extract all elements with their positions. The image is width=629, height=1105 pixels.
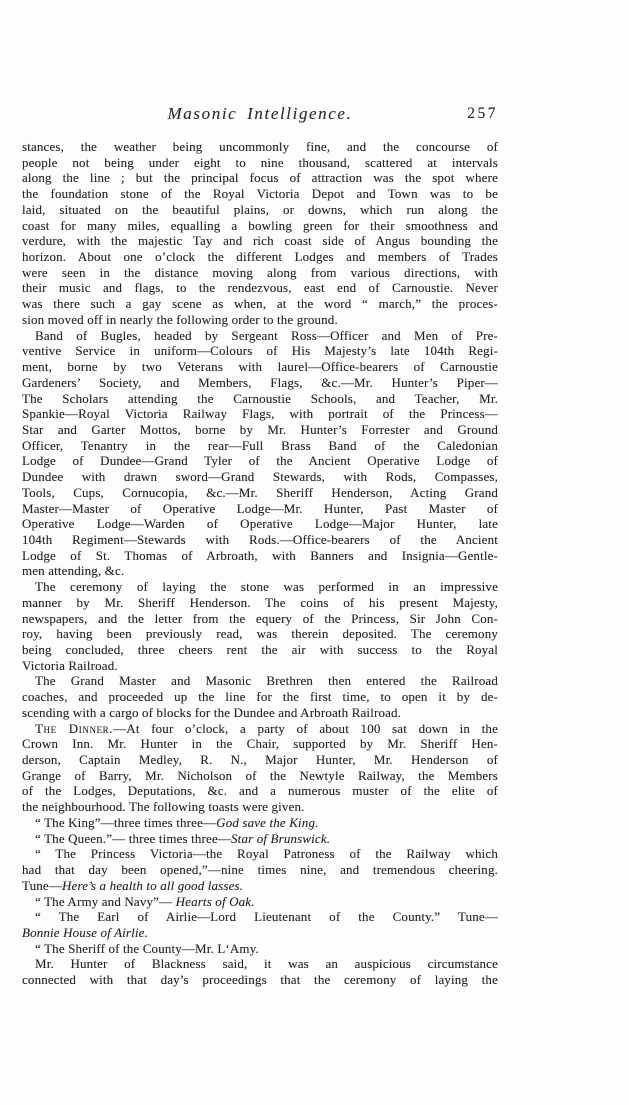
- text-segment: roy, having been previously read, was th…: [22, 626, 498, 641]
- text-segment: Tune—: [22, 878, 62, 893]
- text-line: Operative Lodge—Warden of Operative Lodg…: [22, 516, 498, 532]
- text-segment: The ceremony of laying the stone was per…: [35, 579, 498, 594]
- text-segment: of the Lodges, Deputations, &c. and a nu…: [22, 783, 498, 798]
- text-line: Lodge of Dundee—Grand Tyler of the Ancie…: [22, 453, 498, 469]
- text-line: ment, borne by two Veterans with laurel—…: [22, 359, 498, 375]
- text-line: “ The Earl of Airlie—Lord Lieutenant of …: [22, 909, 498, 925]
- text-segment: “ The Queen.”— three times three—: [35, 831, 231, 846]
- text-segment: the neighbourhood. The following toasts …: [22, 799, 305, 814]
- text-line: along the line ; but the principal focus…: [22, 170, 498, 186]
- text-line: horizon. About one o’clock the different…: [22, 249, 498, 265]
- text-line: “ The King”—three times three—God save t…: [22, 815, 498, 831]
- text-segment: were seen in the distance moving along f…: [22, 265, 498, 280]
- text-segment: coast for many miles, equalling a bowlin…: [22, 218, 498, 233]
- text-line: coast for many miles, equalling a bowlin…: [22, 218, 498, 234]
- text-line: Mr. Hunter of Blackness said, it was an …: [22, 956, 498, 972]
- text-line: verdure, with the majestic Tay and rich …: [22, 233, 498, 249]
- page-number: 257: [467, 105, 498, 123]
- text-segment: Lodge of St. Thomas of Arbroath, with Ba…: [22, 548, 498, 563]
- text-line: sion moved off in nearly the following o…: [22, 312, 498, 328]
- text-line: derson, Captain Medley, R. N., Major Hun…: [22, 752, 498, 768]
- text-line: Tune—Here’s a health to all good lasses.: [22, 878, 498, 894]
- text-segment: The Grand Master and Masonic Brethren th…: [35, 673, 498, 688]
- text-line: had that day been opened,”—nine times ni…: [22, 862, 498, 878]
- text-line: Master—Master of Operative Lodge—Mr. Hun…: [22, 501, 498, 517]
- text-segment: Band of Bugles, headed by Sergeant Ross—…: [35, 328, 498, 343]
- text-segment: manner by Mr. Sheriff Henderson. The coi…: [22, 595, 498, 610]
- text-segment: Grange of Barry, Mr. Nicholson of the Ne…: [22, 768, 498, 783]
- page-content: Masonic Intelligence. 257 stances, the w…: [22, 104, 498, 988]
- text-line: Crown Inn. Mr. Hunter in the Chair, supp…: [22, 736, 498, 752]
- text-line: laid, situated on the beautiful plains, …: [22, 202, 498, 218]
- text-segment: connected with that day’s proceedings th…: [22, 972, 498, 987]
- text-line: “ The Queen.”— three times three—Star of…: [22, 831, 498, 847]
- text-line: Tools, Cups, Cornucopia, &c.—Mr. Sheriff…: [22, 485, 498, 501]
- text-segment: Crown Inn. Mr. Hunter in the Chair, supp…: [22, 736, 498, 751]
- text-segment: Operative Lodge—Warden of Operative Lodg…: [22, 516, 498, 531]
- text-line: people not being under eight to nine tho…: [22, 155, 498, 171]
- text-segment: Here’s a health to all good lasses.: [62, 878, 243, 893]
- text-segment: horizon. About one o’clock the different…: [22, 249, 498, 264]
- text-segment: Officer, Tenantry in the rear—Full Brass…: [22, 438, 498, 453]
- text-segment: Hearts of Oak.: [176, 894, 255, 909]
- text-line: Bonnie House of Airlie.: [22, 925, 498, 941]
- text-line: roy, having been previously read, was th…: [22, 626, 498, 642]
- text-line: manner by Mr. Sheriff Henderson. The coi…: [22, 595, 498, 611]
- text-line: “ The Sheriff of the County—Mr. L‘Amy.: [22, 941, 498, 957]
- text-line: Grange of Barry, Mr. Nicholson of the Ne…: [22, 768, 498, 784]
- text-segment: Lodge of Dundee—Grand Tyler of the Ancie…: [22, 453, 498, 468]
- text-segment: was there such a gay scene as when, at t…: [22, 296, 498, 311]
- text-line: Band of Bugles, headed by Sergeant Ross—…: [22, 328, 498, 344]
- text-line: ventive Service in uniform—Colours of Hi…: [22, 343, 498, 359]
- text-line: scending with a cargo of blocks for the …: [22, 705, 498, 721]
- text-line: were seen in the distance moving along f…: [22, 265, 498, 281]
- text-segment: derson, Captain Medley, R. N., Major Hun…: [22, 752, 498, 767]
- text-line: connected with that day’s proceedings th…: [22, 972, 498, 988]
- text-segment: Star and Garter Mottos, borne by Mr. Hun…: [22, 422, 498, 437]
- text-segment: Bonnie House of Airlie.: [22, 925, 148, 940]
- text-segment: Spankie—Royal Victoria Railway Flags, wi…: [22, 406, 498, 421]
- text-line: Lodge of St. Thomas of Arbroath, with Ba…: [22, 548, 498, 564]
- text-segment: The Scholars attending the Carnoustie Sc…: [22, 391, 498, 406]
- text-segment: 104th Regiment—Stewards with Rods.—Offic…: [22, 532, 498, 547]
- text-line: newspapers, and the letter from the eque…: [22, 611, 498, 627]
- text-segment: along the line ; but the principal focus…: [22, 170, 498, 185]
- text-line: men attending, &c.: [22, 563, 498, 579]
- text-segment: Gardeners’ Society, and Members, Flags, …: [22, 375, 498, 390]
- text-line: Victoria Railroad.: [22, 658, 498, 674]
- text-segment: the foundation stone of the Royal Victor…: [22, 186, 498, 201]
- text-line: stances, the weather being uncommonly fi…: [22, 139, 498, 155]
- text-segment: Master—Master of Operative Lodge—Mr. Hun…: [22, 501, 498, 516]
- text-segment: “ The Earl of Airlie—Lord Lieutenant of …: [35, 909, 498, 924]
- text-segment: laid, situated on the beautiful plains, …: [22, 202, 498, 217]
- text-line: Gardeners’ Society, and Members, Flags, …: [22, 375, 498, 391]
- text-segment: men attending, &c.: [22, 563, 124, 578]
- text-segment: “ The Princess Victoria—the Royal Patron…: [35, 846, 498, 861]
- text-segment: ment, borne by two Veterans with laurel—…: [22, 359, 498, 374]
- text-segment: scending with a cargo of blocks for the …: [22, 705, 401, 720]
- scanned-page: { "page": { "header": { "title": "Masoni…: [0, 0, 629, 1105]
- text-segment: —At four o’clock, a party of about 100 s…: [113, 721, 498, 736]
- text-segment: ventive Service in uniform—Colours of Hi…: [22, 343, 498, 358]
- page-header: Masonic Intelligence. 257: [22, 104, 498, 128]
- text-segment: “ The Sheriff of the County—Mr. L‘Amy.: [35, 941, 259, 956]
- text-segment: verdure, with the majestic Tay and rich …: [22, 233, 498, 248]
- text-line: was there such a gay scene as when, at t…: [22, 296, 498, 312]
- text-segment: newspapers, and the letter from the eque…: [22, 611, 498, 626]
- text-segment: “ The Army and Navy”—: [35, 894, 176, 909]
- text-line: The Grand Master and Masonic Brethren th…: [22, 673, 498, 689]
- text-line: of the Lodges, Deputations, &c. and a nu…: [22, 783, 498, 799]
- text-line: coaches, and proceeded up the line for t…: [22, 689, 498, 705]
- text-line: being concluded, three cheers rent the a…: [22, 642, 498, 658]
- text-segment: The Dinner.: [35, 721, 113, 736]
- text-segment: “ The King”—three times three—: [35, 815, 216, 830]
- text-segment: being concluded, three cheers rent the a…: [22, 642, 498, 657]
- text-segment: Star of Brunswick.: [231, 831, 330, 846]
- text-line: The ceremony of laying the stone was per…: [22, 579, 498, 595]
- text-line: Dundee with drawn sword—Grand Stewards, …: [22, 469, 498, 485]
- text-segment: Dundee with drawn sword—Grand Stewards, …: [22, 469, 498, 484]
- text-line: the foundation stone of the Royal Victor…: [22, 186, 498, 202]
- text-segment: Tools, Cups, Cornucopia, &c.—Mr. Sheriff…: [22, 485, 498, 500]
- text-segment: stances, the weather being uncommonly fi…: [22, 139, 498, 154]
- text-line: 104th Regiment—Stewards with Rods.—Offic…: [22, 532, 498, 548]
- text-segment: God save the King.: [216, 815, 318, 830]
- text-segment: people not being under eight to nine tho…: [22, 155, 498, 170]
- text-segment: had that day been opened,”—nine times ni…: [22, 862, 498, 877]
- running-title: Masonic Intelligence.: [22, 104, 498, 124]
- text-line: Officer, Tenantry in the rear—Full Brass…: [22, 438, 498, 454]
- text-line: The Scholars attending the Carnoustie Sc…: [22, 391, 498, 407]
- text-line: “ The Princess Victoria—the Royal Patron…: [22, 846, 498, 862]
- text-segment: their music and flags, to the rendezvous…: [22, 280, 498, 295]
- text-line: The Dinner.—At four o’clock, a party of …: [22, 721, 498, 737]
- text-segment: coaches, and proceeded up the line for t…: [22, 689, 498, 704]
- text-line: Star and Garter Mottos, borne by Mr. Hun…: [22, 422, 498, 438]
- text-line: the neighbourhood. The following toasts …: [22, 799, 498, 815]
- text-line: Spankie—Royal Victoria Railway Flags, wi…: [22, 406, 498, 422]
- text-block: stances, the weather being uncommonly fi…: [22, 139, 498, 988]
- text-segment: Mr. Hunter of Blackness said, it was an …: [35, 956, 498, 971]
- text-line: “ The Army and Navy”— Hearts of Oak.: [22, 894, 498, 910]
- text-segment: Victoria Railroad.: [22, 658, 118, 673]
- text-line: their music and flags, to the rendezvous…: [22, 280, 498, 296]
- text-segment: sion moved off in nearly the following o…: [22, 312, 338, 327]
